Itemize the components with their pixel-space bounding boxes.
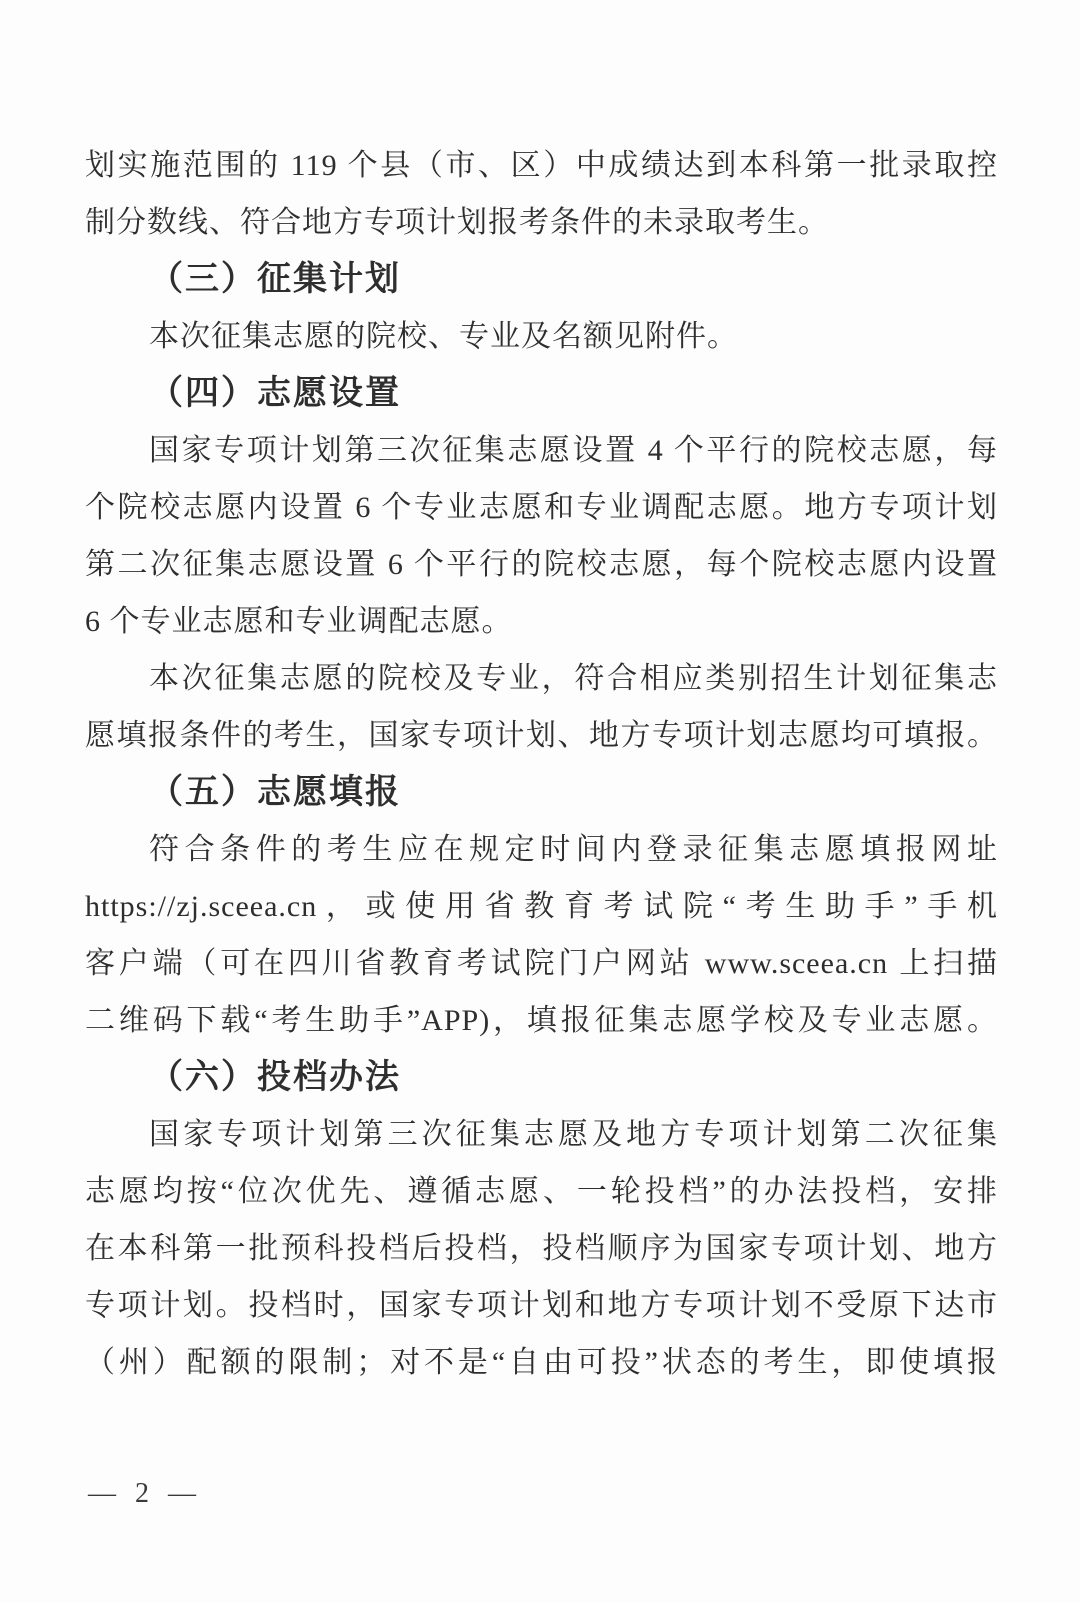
- text-line: 制分数线、符合地方专项计划报考条件的未录取考生。: [85, 194, 998, 251]
- text-line-url: 客户端（可在四川省教育考试院门户网站 www.sceea.cn 上扫描: [85, 935, 998, 992]
- scanned-document-page: 划实施范围的 119 个县（市、区）中成绩达到本科第一批录取控 制分数线、符合地…: [0, 0, 1080, 1603]
- text-line: 专项计划。投档时，国家专项计划和地方专项计划不受原下达市: [85, 1277, 998, 1334]
- text-line: 志愿均按“位次优先、遵循志愿、一轮投档”的办法投档，安排: [85, 1163, 998, 1220]
- text-line: 国家专项计划第三次征集志愿及地方专项计划第二次征集: [85, 1106, 998, 1163]
- text-line: 划实施范围的 119 个县（市、区）中成绩达到本科第一批录取控: [85, 137, 998, 194]
- text-line: 愿填报条件的考生，国家专项计划、地方专项计划志愿均可填报。: [85, 707, 998, 764]
- text-line: （州）配额的限制；对不是“自由可投”状态的考生，即使填报: [85, 1334, 998, 1391]
- text-line: 个院校志愿内设置 6 个专业志愿和专业调配志愿。地方专项计划: [85, 479, 998, 536]
- section-heading-4: （四）志愿设置: [85, 365, 998, 422]
- section-heading-6: （六）投档办法: [85, 1049, 998, 1106]
- document-body: 划实施范围的 119 个县（市、区）中成绩达到本科第一批录取控 制分数线、符合地…: [85, 137, 998, 1391]
- text-line: 6 个专业志愿和专业调配志愿。: [85, 593, 998, 650]
- text-line: 在本科第一批预科投档后投档，投档顺序为国家专项计划、地方: [85, 1220, 998, 1277]
- text-line-url: https://zj.sceea.cn，或使用省教育考试院“考生助手”手机: [85, 878, 998, 935]
- text-line: 本次征集志愿的院校、专业及名额见附件。: [85, 308, 998, 365]
- text-line: 国家专项计划第三次征集志愿设置 4 个平行的院校志愿，每: [85, 422, 998, 479]
- text-line: 第二次征集志愿设置 6 个平行的院校志愿，每个院校志愿内设置: [85, 536, 998, 593]
- text-line: 二维码下载“考生助手”APP)，填报征集志愿学校及专业志愿。: [85, 992, 998, 1049]
- text-line: 本次征集志愿的院校及专业，符合相应类别招生计划征集志: [85, 650, 998, 707]
- section-heading-3: （三）征集计划: [85, 251, 998, 308]
- text-line: 符合条件的考生应在规定时间内登录征集志愿填报网址: [85, 821, 998, 878]
- section-heading-5: （五）志愿填报: [85, 764, 998, 821]
- page-number: — 2 —: [88, 1478, 202, 1510]
